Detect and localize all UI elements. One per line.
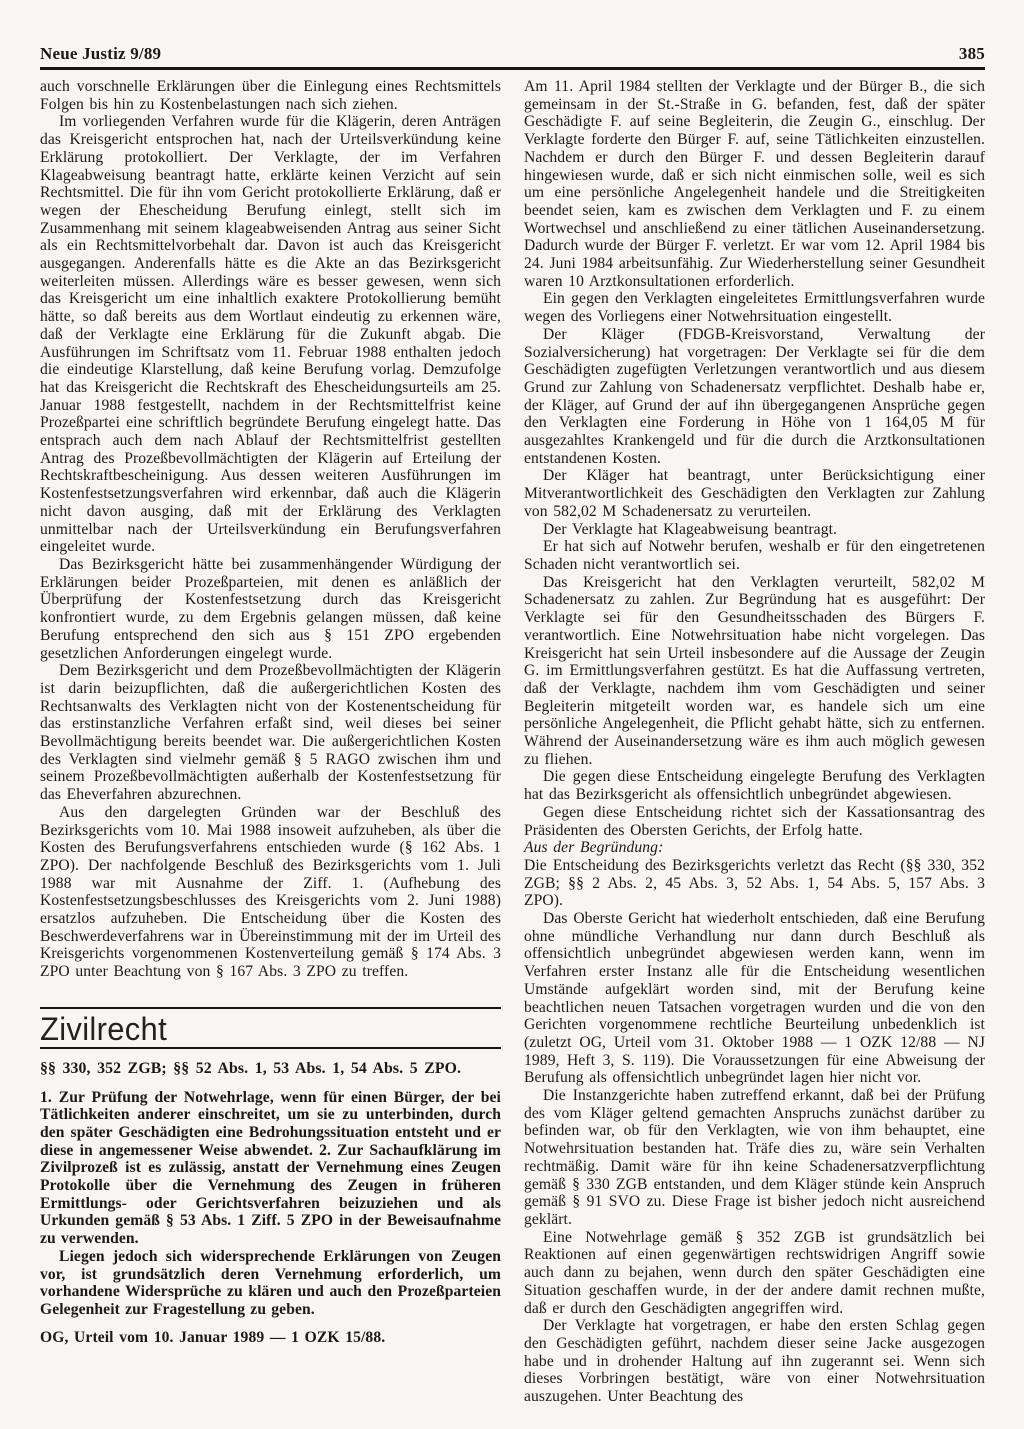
body-paragraph: Der Kläger (FDGB-Kreisvorstand, Verwaltu… — [524, 326, 985, 468]
headnote: 1. Zur Prüfung der Notwehrlage, wenn für… — [40, 1089, 501, 1248]
body-paragraph: Das Oberste Gericht hat wiederholt entsc… — [524, 910, 985, 1087]
body-paragraph: Ein gegen den Verklagten eingeleitetes E… — [524, 290, 985, 325]
right-column: Am 11. April 1984 stellten der Verklagte… — [524, 78, 985, 1406]
body-paragraph: Die Entscheidung des Bezirksgerichts ver… — [524, 857, 985, 910]
journal-title: Neue Justiz 9/89 — [40, 44, 161, 63]
left-column: auch vorschnelle Erklärungen über die Ei… — [40, 78, 501, 1346]
body-paragraph: auch vorschnelle Erklärungen über die Ei… — [40, 78, 501, 113]
scanned-journal-page: Neue Justiz 9/89 385 auch vorschnelle Er… — [0, 0, 1024, 1429]
section-heading: Zivilrecht — [40, 1012, 501, 1046]
body-paragraph: Er hat sich auf Notwehr berufen, weshalb… — [524, 538, 985, 573]
header-rule — [40, 67, 985, 70]
body-paragraph: Das Bezirksgericht hätte bei zusammenhän… — [40, 556, 501, 662]
body-paragraph: Dem Bezirksgericht und dem Prozeßbevollm… — [40, 662, 501, 804]
body-paragraph: Eine Notwehrlage gemäß § 352 ZGB ist gru… — [524, 1229, 985, 1318]
headnote-continuation: Liegen jedoch sich widersprechende Erklä… — [40, 1248, 501, 1319]
body-paragraph: Der Kläger hat beantragt, unter Berücksi… — [524, 467, 985, 520]
section-zivilrecht-header: Zivilrecht — [40, 1007, 501, 1049]
page-number: 385 — [959, 44, 985, 63]
body-paragraph: Aus den dargelegten Gründen war der Besc… — [40, 804, 501, 981]
page-header: Neue Justiz 9/89 385 — [40, 44, 985, 63]
case-citation: OG, Urteil vom 10. Januar 1989 — 1 OZK 1… — [40, 1329, 501, 1347]
body-paragraph: Gegen diese Entscheidung richtet sich de… — [524, 804, 985, 839]
body-paragraph: Im vorliegenden Verfahren wurde für die … — [40, 113, 501, 556]
body-paragraph: Der Verklagte hat vorgetragen, er habe d… — [524, 1317, 985, 1406]
body-paragraph: Das Kreisgericht hat den Verklagten veru… — [524, 574, 985, 769]
body-paragraph: Die Instanzgerichte haben zutreffend erk… — [524, 1087, 985, 1229]
body-paragraph: Der Verklagte hat Klageabweisung beantra… — [524, 521, 985, 539]
two-column-text: auch vorschnelle Erklärungen über die Ei… — [40, 78, 985, 1406]
reasoning-label: Aus der Begründung: — [524, 839, 985, 857]
statute-line: §§ 330, 352 ZGB; §§ 52 Abs. 1, 53 Abs. 1… — [40, 1060, 501, 1078]
body-paragraph: Am 11. April 1984 stellten der Verklagte… — [524, 78, 985, 290]
body-paragraph: Die gegen diese Entscheidung eingelegte … — [524, 768, 985, 803]
